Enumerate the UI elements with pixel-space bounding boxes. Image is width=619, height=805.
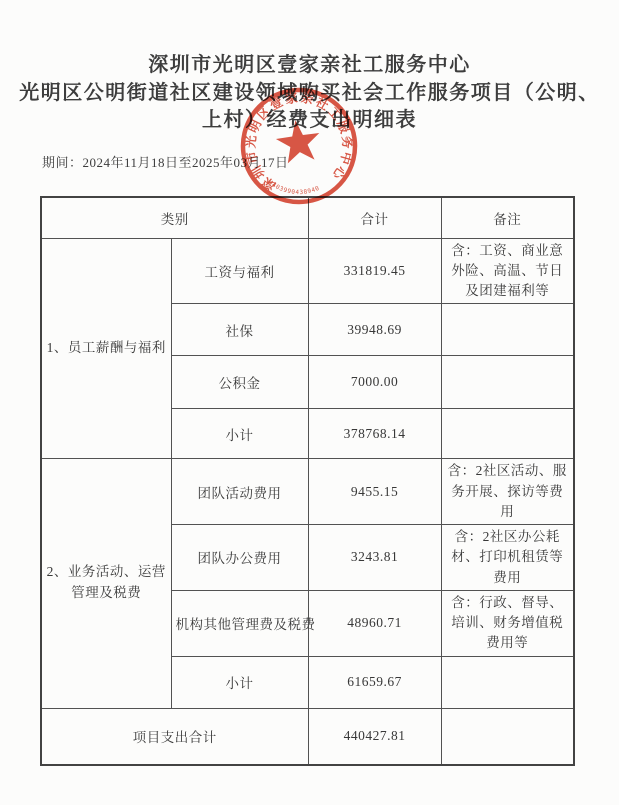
item-remark: 含：行政、督导、培训、财务增值税费用等 [441,590,574,656]
item-remark [441,304,574,356]
item-remark [441,656,574,708]
grand-total-label: 项目支出合计 [41,708,308,765]
item-remark: 含：2社区办公耗材、打印机租赁等费用 [441,525,574,591]
document-title-project-line2: 上村）经费支出明细表 [0,103,619,132]
item-label: 社保 [171,304,308,356]
document-title-project-line1: 光明区公明街道社区建设领域购买社会工作服务项目（公明、 [0,76,619,105]
table-header-row: 类别 合计 备注 [41,197,574,238]
document-title-org: 深圳市光明区壹家亲社工服务中心 [0,48,619,77]
item-total: 48960.71 [308,590,441,656]
item-remark [441,356,574,409]
item-total: 331819.45 [308,238,441,304]
header-total: 合计 [308,197,441,238]
item-total: 39948.69 [308,304,441,356]
group-1-label: 1、员工薪酬与福利 [41,238,171,459]
item-label: 公积金 [171,356,308,409]
table-row: 2、业务活动、运营管理及税费 团队活动费用 9455.15 含：2社区活动、服务… [41,459,574,525]
header-remark: 备注 [441,197,574,238]
item-total: 3243.81 [308,525,441,591]
table-row: 1、员工薪酬与福利 工资与福利 331819.45 含：工资、商业意外险、高温、… [41,238,574,304]
subtotal-label: 小计 [171,409,308,459]
grand-total-value: 440427.81 [308,708,441,765]
item-label: 工资与福利 [171,238,308,304]
group-2-label: 2、业务活动、运营管理及税费 [41,459,171,708]
item-remark [441,409,574,459]
grand-total-remark [441,708,574,765]
subtotal-value: 378768.14 [308,409,441,459]
item-total: 7000.00 [308,356,441,409]
item-label: 团队活动费用 [171,459,308,525]
header-category: 类别 [41,197,308,238]
subtotal-label: 小计 [171,656,308,708]
subtotal-value: 61659.67 [308,656,441,708]
grand-total-row: 项目支出合计 440427.81 [41,708,574,765]
item-remark: 含：2社区活动、服务开展、探访等费用 [441,459,574,525]
item-label: 机构其他管理费及税费 [171,590,308,656]
item-total: 9455.15 [308,459,441,525]
scanned-document-page: 深圳市光明区壹家亲社工服务中心 光明区公明街道社区建设领域购买社会工作服务项目（… [0,0,619,805]
report-period: 期间：2024年11月18日至2025年03月17日 [42,152,289,171]
item-remark: 含：工资、商业意外险、高温、节日及团建福利等 [441,238,574,304]
expense-detail-table: 类别 合计 备注 1、员工薪酬与福利 工资与福利 331819.45 含：工资、… [40,196,575,766]
item-label: 团队办公费用 [171,525,308,591]
